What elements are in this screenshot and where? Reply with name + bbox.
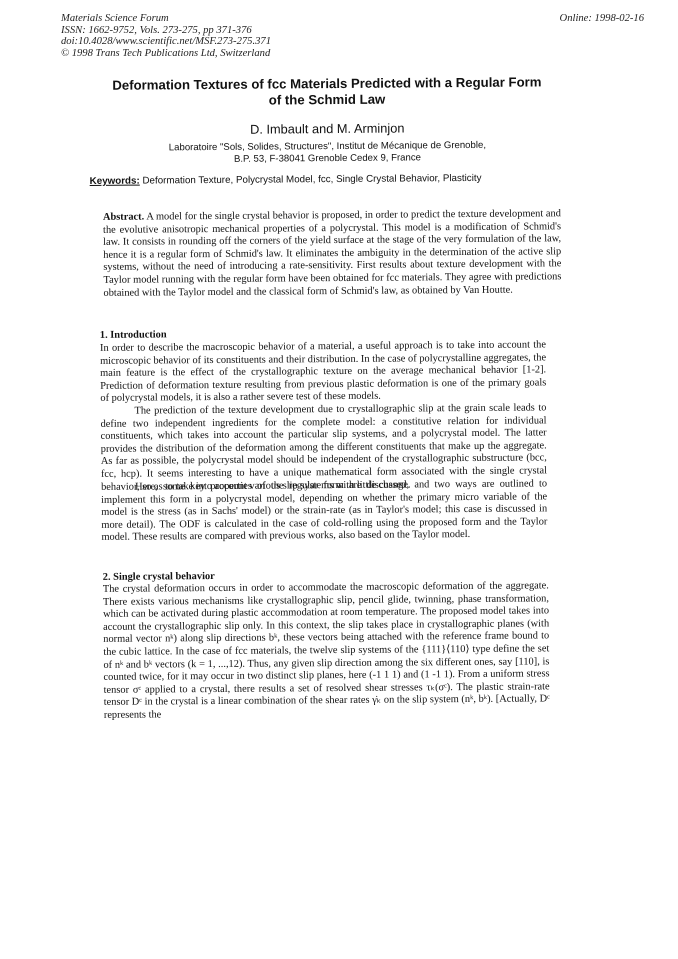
keywords-label: Keywords:	[90, 176, 140, 187]
authors: D. Imbault and M. Arminjon	[87, 119, 567, 138]
scanned-page: Deformation Textures of fcc Materials Pr…	[0, 0, 678, 959]
keywords: Keywords: Deformation Texture, Polycryst…	[90, 173, 482, 187]
single-crystal-paragraph-1: The crystal deformation occurs in order …	[103, 580, 550, 722]
abstract-label: Abstract.	[103, 212, 144, 223]
introduction-paragraph-3: Here, some key properties of the regular…	[101, 478, 547, 544]
abstract-text: A model for the single crystal behavior …	[103, 208, 561, 298]
affiliation: Laboratoire "Sols, Solides, Structures",…	[87, 139, 567, 167]
introduction-paragraph-1: In order to describe the macroscopic beh…	[100, 339, 546, 405]
section-heading-introduction: 1. Introduction	[100, 329, 167, 342]
keywords-list: Deformation Texture, Polycrystal Model, …	[140, 173, 482, 187]
abstract: Abstract. A model for the single crystal…	[103, 208, 562, 300]
paper-title: Deformation Textures of fcc Materials Pr…	[87, 74, 567, 110]
affiliation-line-2: B.P. 53, F-38041 Grenoble Cedex 9, Franc…	[87, 151, 567, 167]
